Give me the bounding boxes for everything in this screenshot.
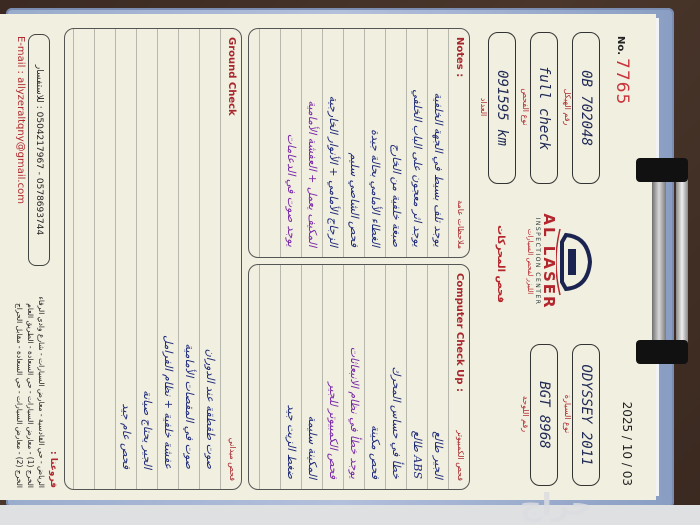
ground-line: عفشة خلفية + نظام الفرامل <box>162 335 175 469</box>
note-line: يوجد صوت في الدعامات <box>285 134 298 247</box>
odometer-field: 091595 km <box>488 32 516 184</box>
note-line: يوجد اثر معجون على الباب الخلفي <box>411 89 424 247</box>
branch-item: الخرج (1) - معارض السيارات - حي السعادة … <box>25 268 36 488</box>
ground-check-panel: Ground Check فحص ميداني صوت طقطقة عند ال… <box>64 28 242 490</box>
branches: فروعنا : الرياض - حي القادسية - معارض ال… <box>14 268 58 488</box>
computer-line: يوجد خطأ في نظام الانبعاثات <box>348 347 361 479</box>
computer-line: ABS طالع <box>411 431 424 479</box>
notes-panel: Notes : ملاحظات عامة يوجد تلف بسيط في ال… <box>248 28 470 258</box>
logo-arabic: الليزر لفحص السيارات <box>526 199 534 324</box>
logo-brand: AL LASER <box>541 199 556 324</box>
contact-box: للاستفسار : 0504217967 - 0578693744 <box>28 34 50 266</box>
note-line: الغطاء الأمامي بحالة جيدة <box>369 129 382 247</box>
note-line: فحص الشاصي سليم <box>348 153 361 247</box>
plate-field: BGT 8968 <box>530 344 558 486</box>
check-type-label: نوع الفحص <box>521 32 530 182</box>
clip-knob-bottom <box>636 340 688 364</box>
ground-line: فحص عام جيد <box>120 404 133 469</box>
car-logo-icon <box>556 227 596 297</box>
computer-line: الجير طالع <box>432 431 445 479</box>
chassis-field: 0B 702048 <box>572 32 600 184</box>
clip-rod <box>676 170 688 352</box>
computer-line: خطأ في حساس المحرك <box>390 367 403 480</box>
date-value: 2025 / 10 / 03 <box>620 402 634 486</box>
odometer-label: العداد <box>479 32 488 182</box>
logo-tagline: فحص المحركات <box>495 204 506 324</box>
logo-subtitle: INSPECTION CENTER <box>534 199 541 324</box>
computer-check-panel: Computer Check Up : فحص الكمبيوتر الجير … <box>248 264 470 490</box>
ground-line: صوت في المقصات الأمامية <box>183 343 196 469</box>
ground-line: الجير يحتاج صيانة <box>141 390 154 469</box>
computer-line: فحص مكينة <box>369 425 382 479</box>
contact-label: للاستفسار : <box>34 65 44 109</box>
haraj-watermark: حراج <box>520 488 592 523</box>
branches-title: فروعنا : <box>47 268 58 488</box>
clip-bar <box>652 158 666 364</box>
branch-item: الرياض - حي القادسية - معارض السيارات - … <box>36 268 47 488</box>
clipboard-clip <box>636 158 694 364</box>
check-type-field: full check <box>530 32 558 184</box>
inspection-form: No. 7765 0B 702048 رقم الهيكل full check… <box>0 14 656 500</box>
car-model-label: نوع السيارة <box>563 344 572 484</box>
ground-line: صوت طقطقة عند الدوران <box>204 349 217 469</box>
chassis-label: رقم الهيكل <box>563 32 572 182</box>
computer-line: ضغط الزيت جيد <box>285 405 298 479</box>
note-line: يوجد تلف بسيط في الجهة الخلفية <box>432 93 445 247</box>
computer-line: المكينة سليمة <box>306 416 319 479</box>
form-number: 7765 <box>612 58 632 105</box>
note-line: صبغة خلفية من الخارج <box>390 144 403 247</box>
phone-riyadh: 0504217967 <box>34 112 44 169</box>
computer-check-title-ar: فحص الكمبيوتر <box>456 430 465 481</box>
branch-item: الخرج (2) - معارض السيارات - حي السعادة … <box>14 268 25 488</box>
note-line: الزجاج الأمامي + الأنوار الخارجية <box>327 96 340 247</box>
plate-label: رقم اللوحة <box>521 344 530 484</box>
notes-title-ar: ملاحظات عامة <box>456 200 465 249</box>
note-line: المكيف يعمل + العفشة الأمامية <box>306 101 319 247</box>
background-strip <box>0 505 700 525</box>
ground-check-title-ar: فحص ميداني <box>228 438 237 481</box>
email: E-mail : allyzeraltqny@gmail.com <box>15 36 26 204</box>
computer-check-title: Computer Check Up : <box>454 273 465 392</box>
form-sheet-container: No. 7765 0B 702048 رقم الهيكل full check… <box>0 14 656 500</box>
clip-knob-top <box>636 158 688 182</box>
computer-line: فحص الكمبيوتر للجير <box>327 382 340 479</box>
ground-check-title: Ground Check <box>226 37 237 116</box>
form-number-label: No. <box>615 36 626 55</box>
al-laser-logo: AL LASER INSPECTION CENTER الليزر لفحص ا… <box>506 199 596 324</box>
car-model-field: ODYSSEY 2011 <box>572 344 600 486</box>
phone-kharj: 0578693744 <box>34 178 44 235</box>
form-header: No. 7765 0B 702048 رقم الهيكل full check… <box>506 14 656 500</box>
notes-title: Notes : <box>454 37 465 77</box>
